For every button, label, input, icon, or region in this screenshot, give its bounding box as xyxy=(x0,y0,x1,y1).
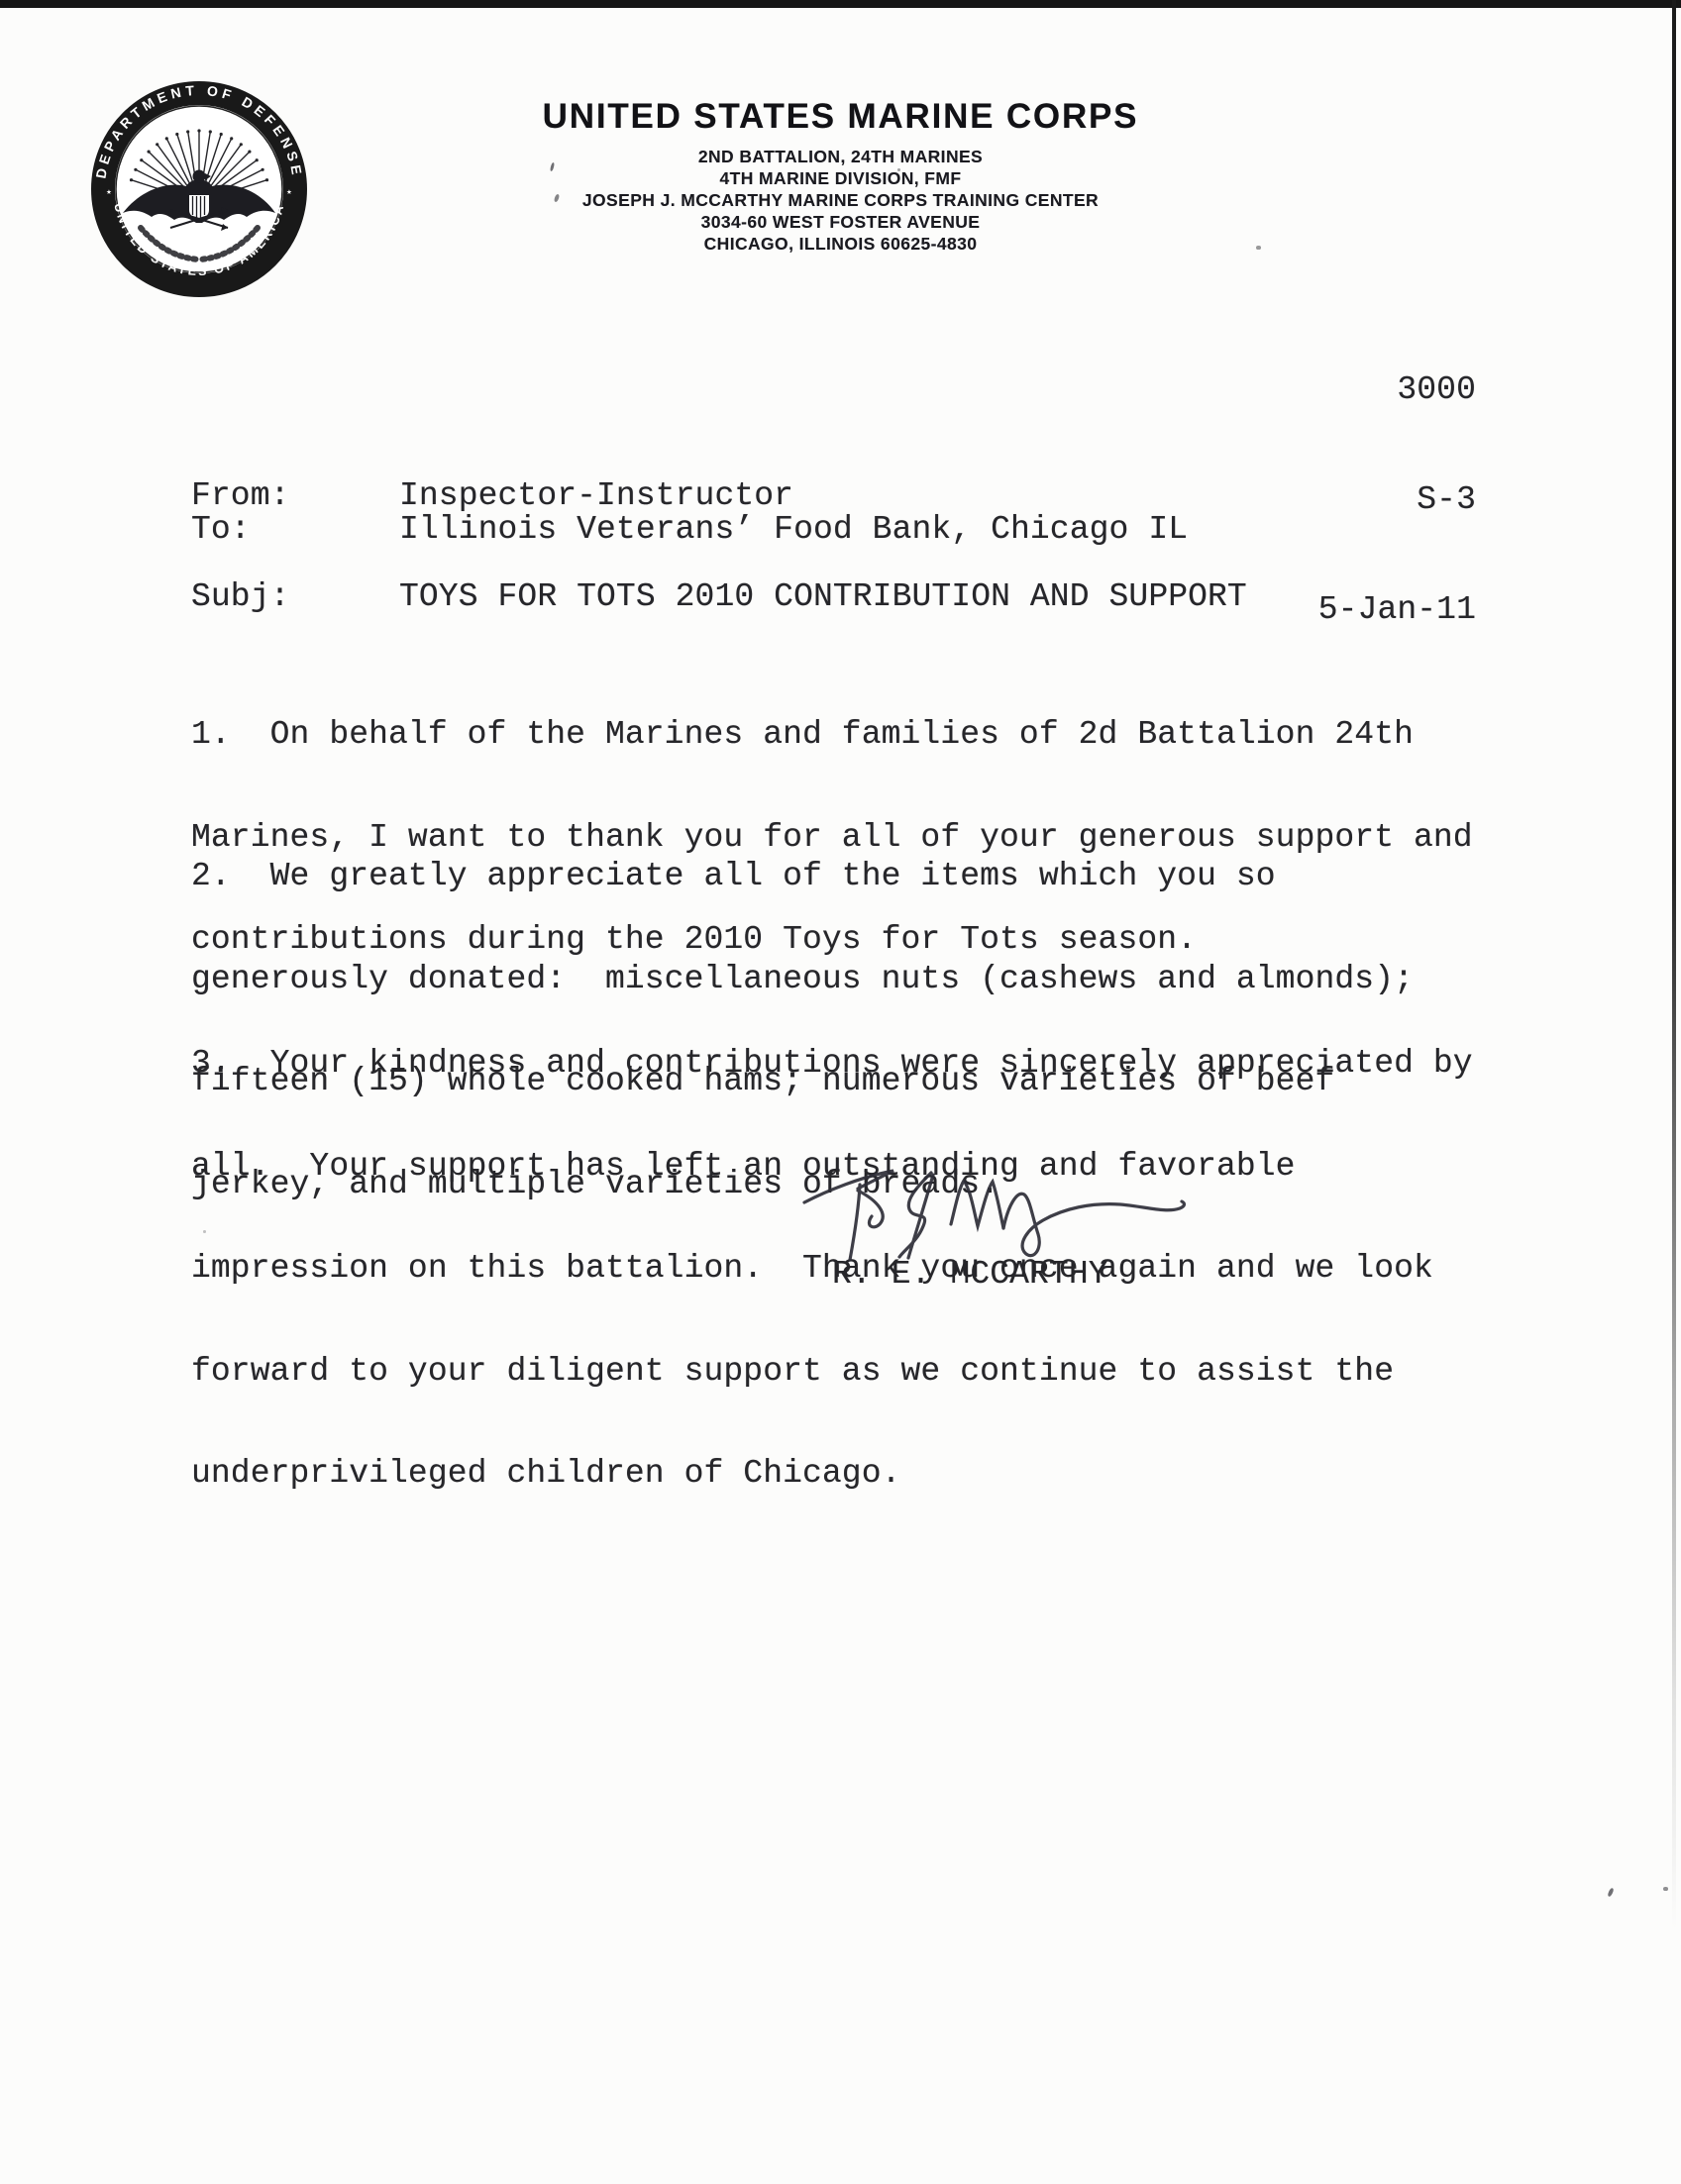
body-line: 2. We greatly appreciate all of the item… xyxy=(191,860,1414,894)
ssic-code: 3000 xyxy=(1318,371,1476,408)
letterhead-address-line: JOSEPH J. MCCARTHY MARINE CORPS TRAINING… xyxy=(0,189,1681,211)
letterhead-address-line: 4TH MARINE DIVISION, FMF xyxy=(0,167,1681,189)
from-value: Inspector-Instructor xyxy=(399,479,793,514)
scan-top-edge-artifact xyxy=(0,0,1681,8)
reference-block: 3000 S-3 5-Jan-11 xyxy=(1318,298,1476,701)
body-line: forward to your diligent support as we c… xyxy=(191,1355,1473,1390)
body-line: 3. Your kindness and contributions were … xyxy=(191,1047,1473,1082)
body-line: underprivileged children of Chicago. xyxy=(191,1457,1473,1492)
from-label: From: xyxy=(191,479,290,514)
letterhead-address-line: 2ND BATTALION, 24TH MARINES xyxy=(0,146,1681,167)
to-label: To: xyxy=(191,513,251,548)
originator-code: S-3 xyxy=(1318,481,1476,518)
letterhead-address-line: 3034-60 WEST FOSTER AVENUE xyxy=(0,211,1681,233)
scanned-letter-page: DEPARTMENT OF DEFENSE UNITED STATES OF A… xyxy=(0,0,1681,2184)
letter-date: 5-Jan-11 xyxy=(1318,591,1476,628)
letterhead-address: 2ND BATTALION, 24TH MARINES 4TH MARINE D… xyxy=(0,146,1681,255)
letterhead: UNITED STATES MARINE CORPS 2ND BATTALION… xyxy=(0,97,1681,255)
subject-label: Subj: xyxy=(191,580,290,615)
scan-right-edge-artifact xyxy=(1672,0,1676,1931)
scan-speck xyxy=(1607,1888,1614,1898)
signer-name: R. E. MCCARTHY xyxy=(832,1258,1108,1293)
letterhead-address-line: CHICAGO, ILLINOIS 60625-4830 xyxy=(0,233,1681,255)
subject-value: TOYS FOR TOTS 2010 CONTRIBUTION AND SUPP… xyxy=(399,580,1247,615)
scan-speck xyxy=(1663,1887,1668,1891)
organization-name: UNITED STATES MARINE CORPS xyxy=(0,97,1681,137)
body-line: 1. On behalf of the Marines and families… xyxy=(191,718,1473,753)
to-value: Illinois Veterans’ Food Bank, Chicago IL xyxy=(399,513,1188,548)
